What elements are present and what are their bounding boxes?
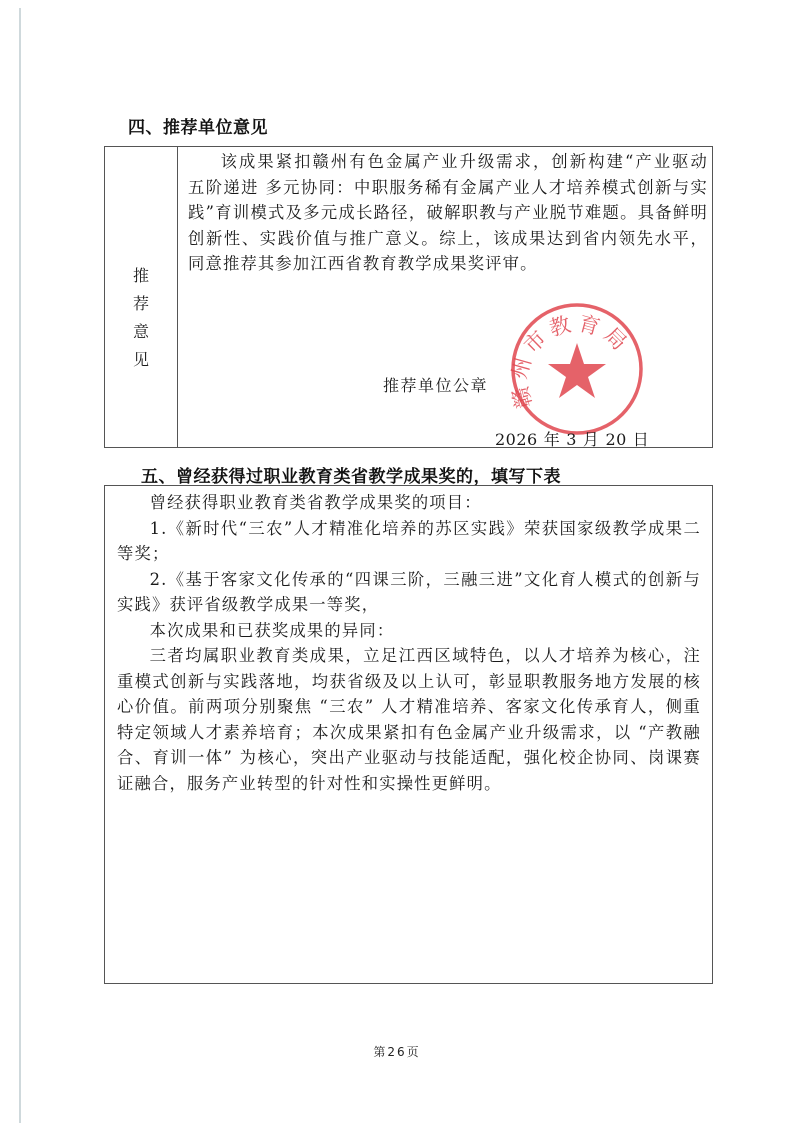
scan-edge-line [19,8,21,1123]
prior-awards-intro: 曾经获得职业教育类省教学成果奖的项目： [117,490,701,516]
prior-award-1: 1.《新时代“三农”人才精准化培养的苏区实践》荣获国家级教学成果二等奖； [117,516,701,567]
date-month-unit: 月 [583,430,600,449]
row-label-recommendation-opinion: 推 荐 意 见 [105,262,177,374]
star-icon [548,343,606,398]
date-month: 3 [566,430,577,449]
section-5-heading: 五、曾经获得过职业教育类省教学成果奖的，填写下表 [141,462,561,487]
label-char: 荐 [105,290,177,318]
signing-date: 2026年3月20日 [495,427,655,450]
date-day-unit: 日 [633,430,650,449]
page-number: 第26页 [0,1043,794,1060]
label-char: 见 [105,346,177,374]
date-year-unit: 年 [544,430,561,449]
prior-awards-content: 曾经获得职业教育类省教学成果奖的项目： 1.《新时代“三农”人才精准化培养的苏区… [117,490,701,796]
date-year: 2026 [495,430,538,449]
prior-award-2: 2.《基于客家文化传承的“四课三阶，三融三进”文化育人模式的创新与实践》获评省级… [117,567,701,618]
comparison-heading: 本次成果和已获奖成果的异同： [117,618,701,644]
label-char: 推 [105,262,177,290]
comparison-text: 三者均属职业教育类成果，立足江西区域特色，以人才培养为核心，注重模式创新与实践落… [117,643,701,796]
seal-label: 推荐单位公章 [383,373,488,396]
label-char: 意 [105,318,177,346]
svg-text:赣州市教育局: 赣州市教育局 [507,311,635,411]
column-divider [177,147,178,447]
date-day: 20 [605,430,626,449]
official-seal-stamp: 赣州市教育局 [507,299,647,439]
section-4-heading: 四、推荐单位意见 [128,113,268,138]
recommendation-opinion-text: 该成果紧扣赣州有色金属产业升级需求，创新构建“产业驱动 五阶递进 多元协同：中职… [188,149,708,277]
recommendation-table: 推 荐 意 见 该成果紧扣赣州有色金属产业升级需求，创新构建“产业驱动 五阶递进… [104,146,713,448]
prior-awards-table: 曾经获得职业教育类省教学成果奖的项目： 1.《新时代“三农”人才精准化培养的苏区… [104,485,713,984]
